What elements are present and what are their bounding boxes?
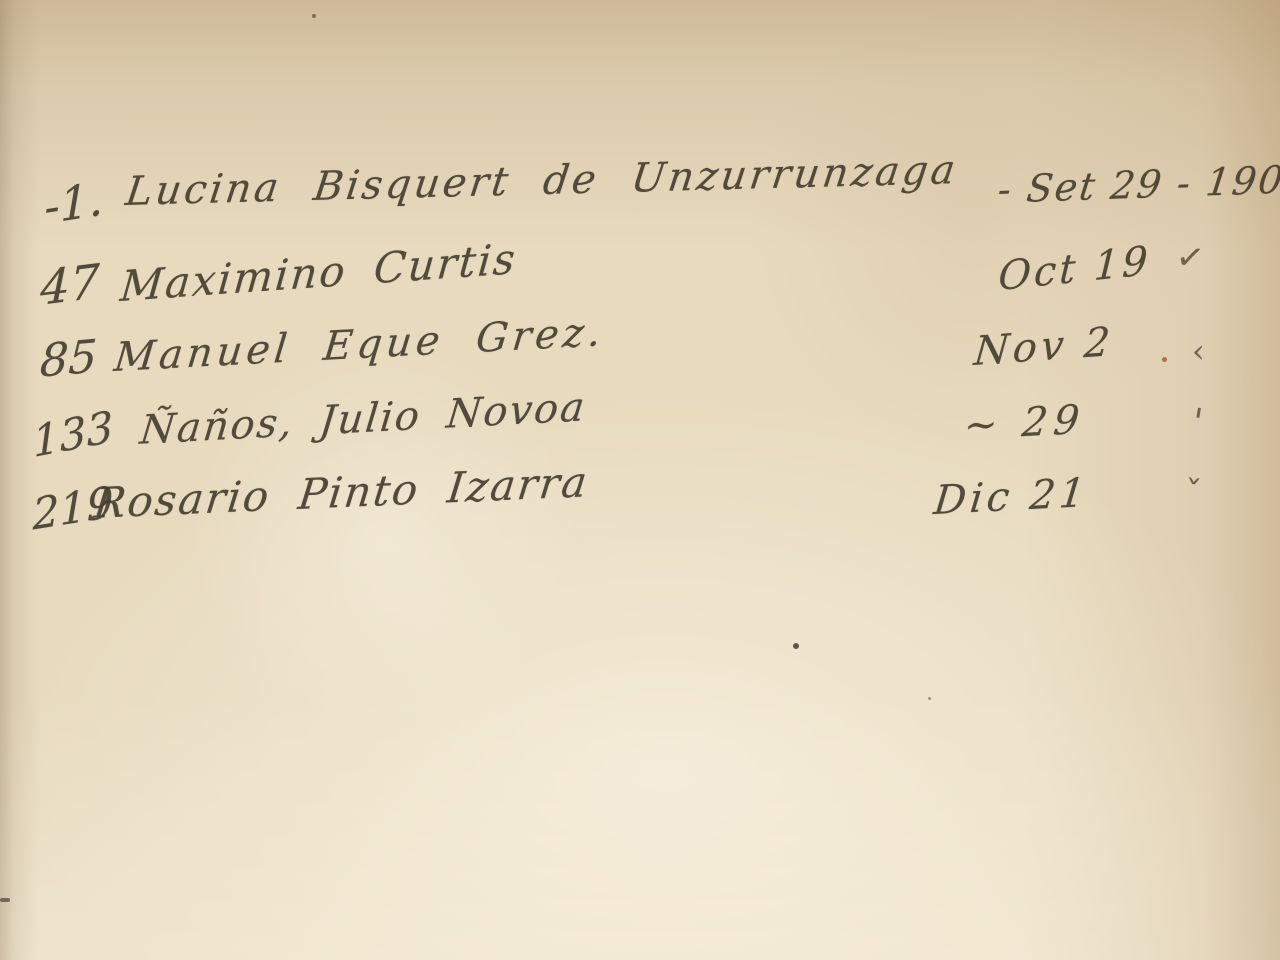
ledger-page: -1. Lucina Bisquert de Unzurrunzaga - Se… — [0, 0, 1280, 960]
edge-fleck — [0, 898, 10, 902]
entry-number: 47 — [40, 254, 100, 317]
ditto-mark: ✓ — [1173, 236, 1207, 280]
ledger-entry: 219 Rosario Pinto Izarra Dic 21 ˇ — [0, 464, 1280, 559]
red-speck — [1162, 357, 1167, 362]
entry-name: Manuel Eque Grez. — [112, 309, 607, 381]
entry-date: Nov 2 — [972, 319, 1116, 375]
ledger-entry: -1. Lucina Bisquert de Unzurrunzaga - Se… — [0, 150, 1280, 245]
entry-number: 133 — [31, 402, 114, 468]
ink-speck — [793, 643, 799, 649]
ditto-mark: ‹ — [1192, 332, 1205, 370]
entry-name: Lucina Bisquert de Unzurrunzaga — [123, 147, 961, 215]
entry-date: ~ 29 — [962, 397, 1088, 450]
entry-date: Dic 21 — [932, 470, 1092, 524]
entry-name: Rosario Pinto Izarra — [91, 457, 591, 528]
entry-date: Oct 19 — [997, 238, 1151, 300]
entry-name: Maximino Curtis — [118, 234, 519, 311]
ink-speck — [928, 697, 931, 700]
entry-date: - Set 29 - 1904. — [995, 156, 1280, 212]
entry-number: 85 — [39, 329, 99, 387]
entry-name: Ñaños, Julio Novoa — [138, 384, 589, 454]
ink-speck — [312, 14, 316, 18]
ditto-mark: ' — [1189, 401, 1206, 443]
entry-number: -1. — [44, 171, 104, 235]
ditto-mark: ˇ — [1182, 473, 1203, 515]
